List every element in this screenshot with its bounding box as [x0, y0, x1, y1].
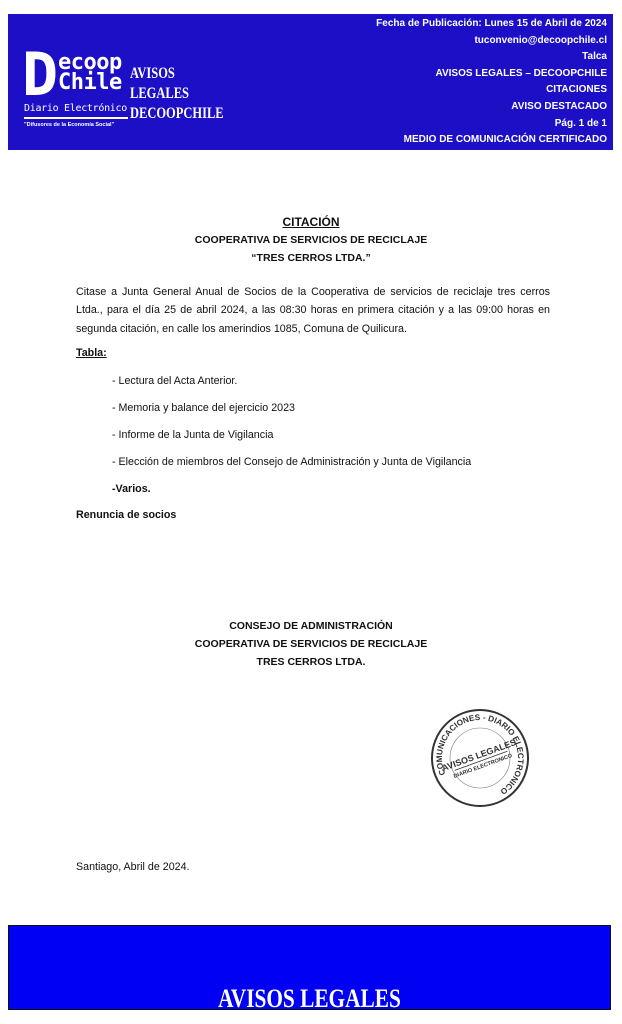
brand-line: DECOOPCHILE [130, 104, 224, 124]
brand-title: AVISOS LEGALES DECOOPCHILE [130, 64, 224, 124]
logo-tagline: "Difusores de la Economía Social" [24, 122, 114, 129]
signature-line: CONSEJO DE ADMINISTRACIÓN [0, 617, 622, 635]
page-number: Pág. 1 de 1 [376, 116, 607, 133]
section-name: AVISOS LEGALES – DECOOPCHILE [376, 66, 607, 83]
header-banner: D ecoop Chile Diario Electrónico "Difuso… [8, 14, 613, 150]
publication-date: Fecha de Publicación: Lunes 15 de Abril … [376, 16, 607, 33]
organization-subname: “TRES CERROS LTDA.” [0, 252, 622, 264]
city: Talca [376, 49, 607, 66]
notice-type: AVISO DESTACADO [376, 99, 607, 116]
signature-line: TRES CERROS LTDA. [0, 653, 622, 671]
notice-body: Citase a Junta General Anual de Socios d… [76, 283, 550, 338]
signature-line: COOPERATIVA DE SERVICIOS DE RECICLAJE [0, 635, 622, 653]
notice-title: CITACIÓN [0, 215, 622, 229]
agenda-item: - Lectura del Acta Anterior. [112, 372, 471, 399]
category: CITACIONES [376, 82, 607, 99]
brand-line: AVISOS [130, 64, 224, 84]
contact-email[interactable]: tuconvenio@decoopchile.cl [376, 33, 607, 50]
agenda-item: - Memoria y balance del ejercicio 2023 [112, 399, 471, 426]
certification: MEDIO DE COMUNICACIÓN CERTIFICADO [376, 132, 607, 149]
logo-big-letter: D [22, 50, 58, 100]
footer-banner-text: AVISOS LEGALES [63, 984, 556, 1014]
signature-block: CONSEJO DE ADMINISTRACIÓN COOPERATIVA DE… [0, 617, 622, 671]
agenda-item: - Elección de miembros del Consejo de Ad… [112, 453, 471, 480]
footer-banner: AVISOS LEGALES [8, 925, 611, 1010]
agenda-item: - Informe de la Junta de Vigilancia [112, 426, 471, 453]
agenda-list: - Lectura del Acta Anterior.- Memoria y … [112, 372, 471, 507]
official-stamp-icon: COMUNICACIONES - DIARIO ELECTRONICO AVIS… [430, 708, 530, 808]
agenda-heading: Tabla: [76, 347, 107, 359]
agenda-item: -Varios. [112, 480, 471, 507]
publication-meta: Fecha de Publicación: Lunes 15 de Abril … [376, 16, 607, 149]
brand-line: LEGALES [130, 84, 224, 104]
logo-line2: Chile [58, 72, 122, 94]
decoopchile-logo: D ecoop Chile Diario Electrónico "Difuso… [22, 50, 132, 140]
extra-agenda-item: Renuncia de socios [76, 509, 176, 521]
organization-name: COOPERATIVA DE SERVICIOS DE RECICLAJE [0, 234, 622, 246]
logo-subtitle: Diario Electrónico [24, 103, 127, 115]
logo-divider [24, 117, 128, 119]
place-and-date: Santiago, Abril de 2024. [76, 861, 190, 873]
